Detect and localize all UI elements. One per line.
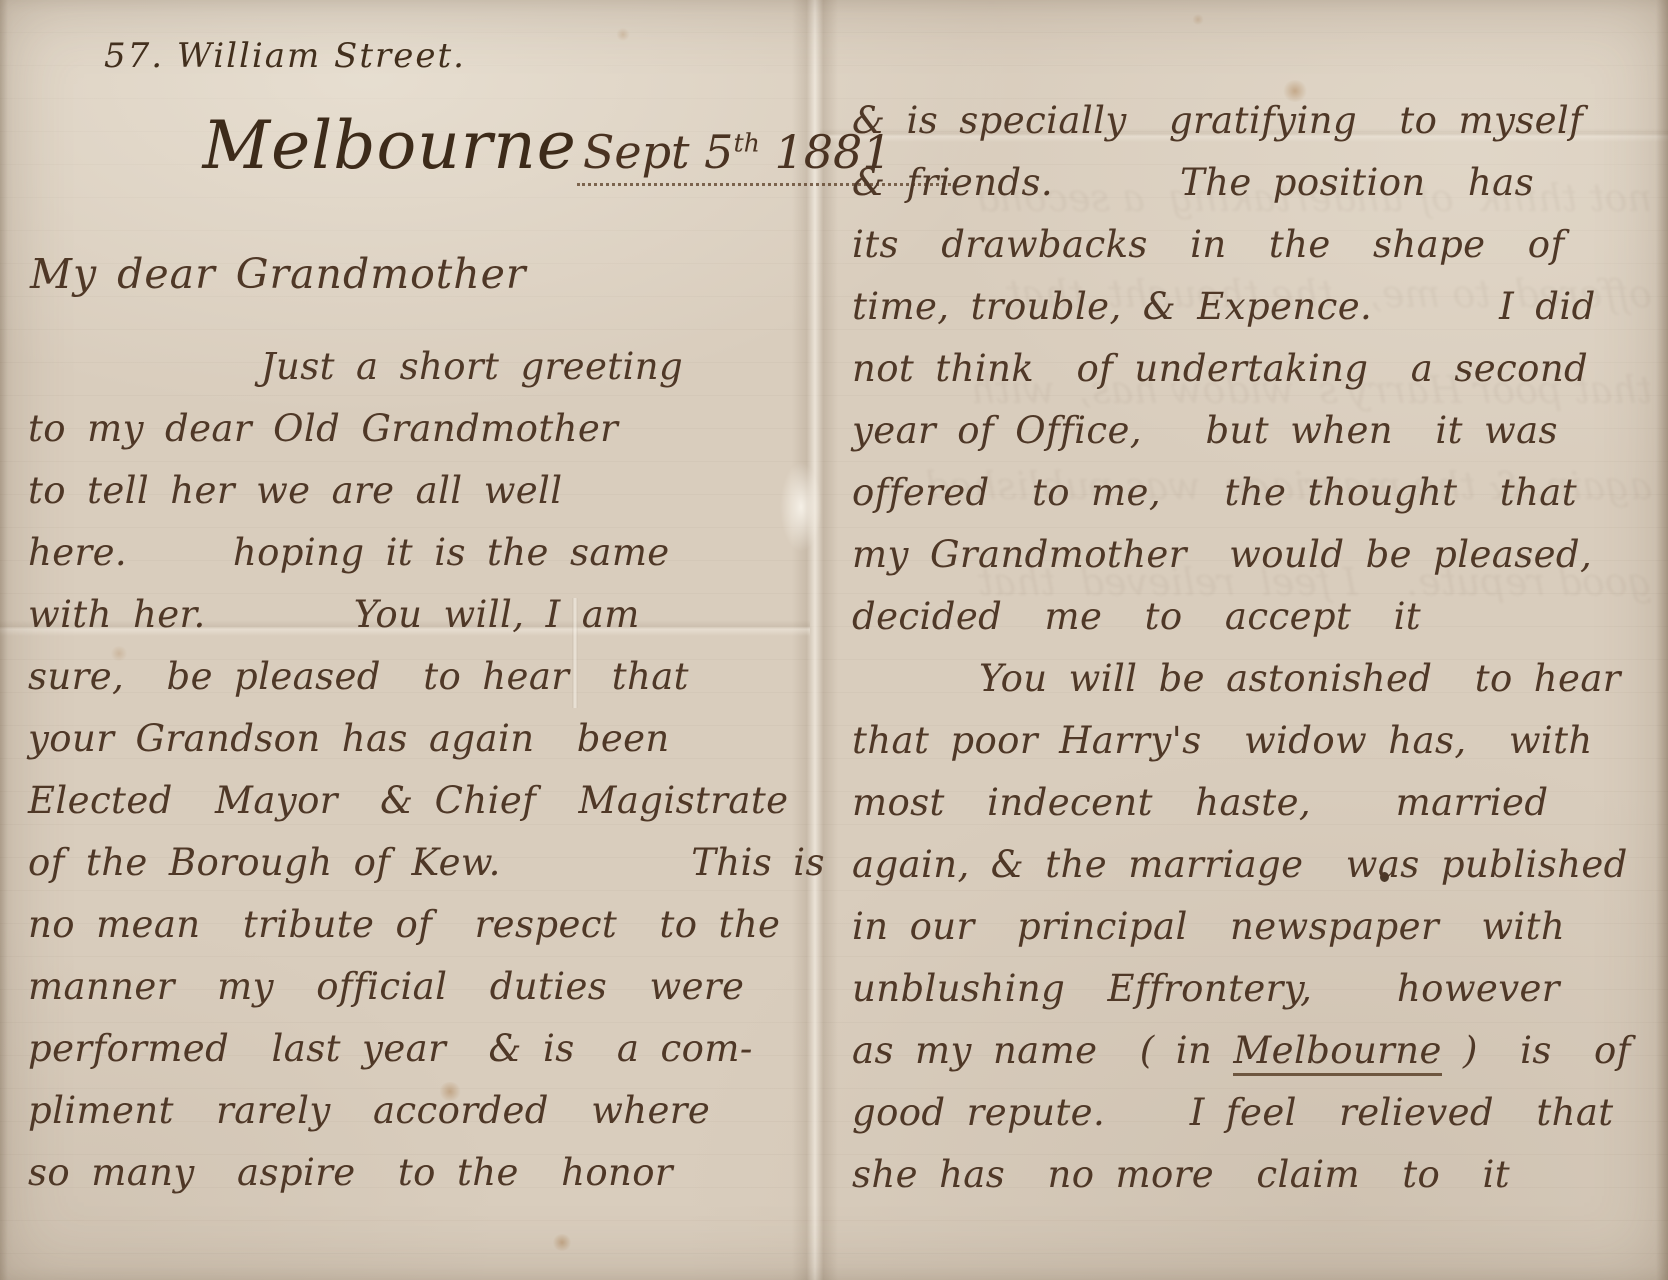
letter-line: its drawbacks in the shape of bbox=[852, 214, 1652, 276]
letter-line: not think of undertaking a second bbox=[852, 338, 1652, 400]
letter-line: here. hoping it is the same bbox=[28, 522, 794, 584]
letter-line: & friends. The position has bbox=[852, 152, 1652, 214]
letter-line: as my name ( in Melbourne ) is of bbox=[852, 1020, 1652, 1082]
left-page-body: Just a short greetingto my dear Old Gran… bbox=[28, 336, 794, 1204]
stain-spot bbox=[1192, 14, 1204, 25]
letter-line: your Grandson has again been bbox=[28, 708, 794, 770]
letter-line: good repute. I feel relieved that bbox=[852, 1082, 1652, 1144]
letter-line: to tell her we are all well bbox=[28, 460, 794, 522]
letter-line: my Grandmother would be pleased, bbox=[852, 524, 1652, 586]
letter-line: so many aspire to the honor bbox=[28, 1142, 794, 1204]
letter-line: that poor Harry's widow has, with bbox=[852, 710, 1652, 772]
letter-line: in our principal newspaper with bbox=[852, 896, 1652, 958]
melbourne-line-before: as my name ( in bbox=[852, 1029, 1233, 1072]
right-page-body-bottom: good repute. I feel relieved thatshe has… bbox=[852, 1082, 1652, 1206]
letter-line: offered to me, the thought that bbox=[852, 462, 1652, 524]
letter-line: no mean tribute of respect to the bbox=[28, 894, 794, 956]
letter-line: performed last year & is a com- bbox=[28, 1018, 794, 1080]
letter-line: she has no more claim to it bbox=[852, 1144, 1652, 1206]
melbourne-line-after: ) is of bbox=[1442, 1029, 1631, 1072]
letter-line: unblushing Effrontery, however bbox=[852, 958, 1652, 1020]
stain-spot bbox=[552, 1234, 572, 1251]
letter-line: Just a short greeting bbox=[28, 336, 794, 398]
letterhead-address: 57. William Street. bbox=[104, 36, 466, 76]
letter-line: time, trouble, & Expence. I did bbox=[852, 276, 1652, 338]
letter-line: year of Office, but when it was bbox=[852, 400, 1652, 462]
letter-line: again, & the marriage was published bbox=[852, 834, 1652, 896]
letter-line: to my dear Old Grandmother bbox=[28, 398, 794, 460]
stain-spot bbox=[616, 28, 630, 41]
letter-line: most indecent haste, married bbox=[852, 772, 1652, 834]
paper-left-edge bbox=[0, 0, 8, 1280]
letter-line: manner my official duties were bbox=[28, 956, 794, 1018]
letter-line: with her. You will, I am bbox=[28, 584, 794, 646]
letter-line: & is specially gratifying to myself bbox=[852, 90, 1652, 152]
melbourne-underlined-word: Melbourne bbox=[1233, 1029, 1441, 1076]
salutation: My dear Grandmother bbox=[30, 250, 527, 298]
letter-line: decided me to accept it bbox=[852, 586, 1652, 648]
letter-line: of the Borough of Kew. This is bbox=[28, 832, 794, 894]
letter-line: You will be astonished to hear bbox=[852, 648, 1652, 710]
paper-right-edge bbox=[1656, 0, 1668, 1280]
letter-scan: 57. William Street. MelbourneSept 5th 18… bbox=[0, 0, 1668, 1280]
letter-line: pliment rarely accorded where bbox=[28, 1080, 794, 1142]
right-page-melbourne-line: as my name ( in Melbourne ) is of bbox=[852, 1020, 1652, 1082]
right-page-body-top: & is specially gratifying to myself& fri… bbox=[852, 90, 1652, 1020]
letter-line: sure, be pleased to hear that bbox=[28, 646, 794, 708]
letterhead-dateline: MelbourneSept 5th 1881 bbox=[172, 88, 956, 203]
letter-date-ordinal: th bbox=[733, 129, 759, 158]
letterhead-place: Melbourne bbox=[203, 107, 577, 184]
letter-line: Elected Mayor & Chief Magistrate bbox=[28, 770, 794, 832]
letter-date-day: Sept 5 bbox=[583, 125, 734, 179]
